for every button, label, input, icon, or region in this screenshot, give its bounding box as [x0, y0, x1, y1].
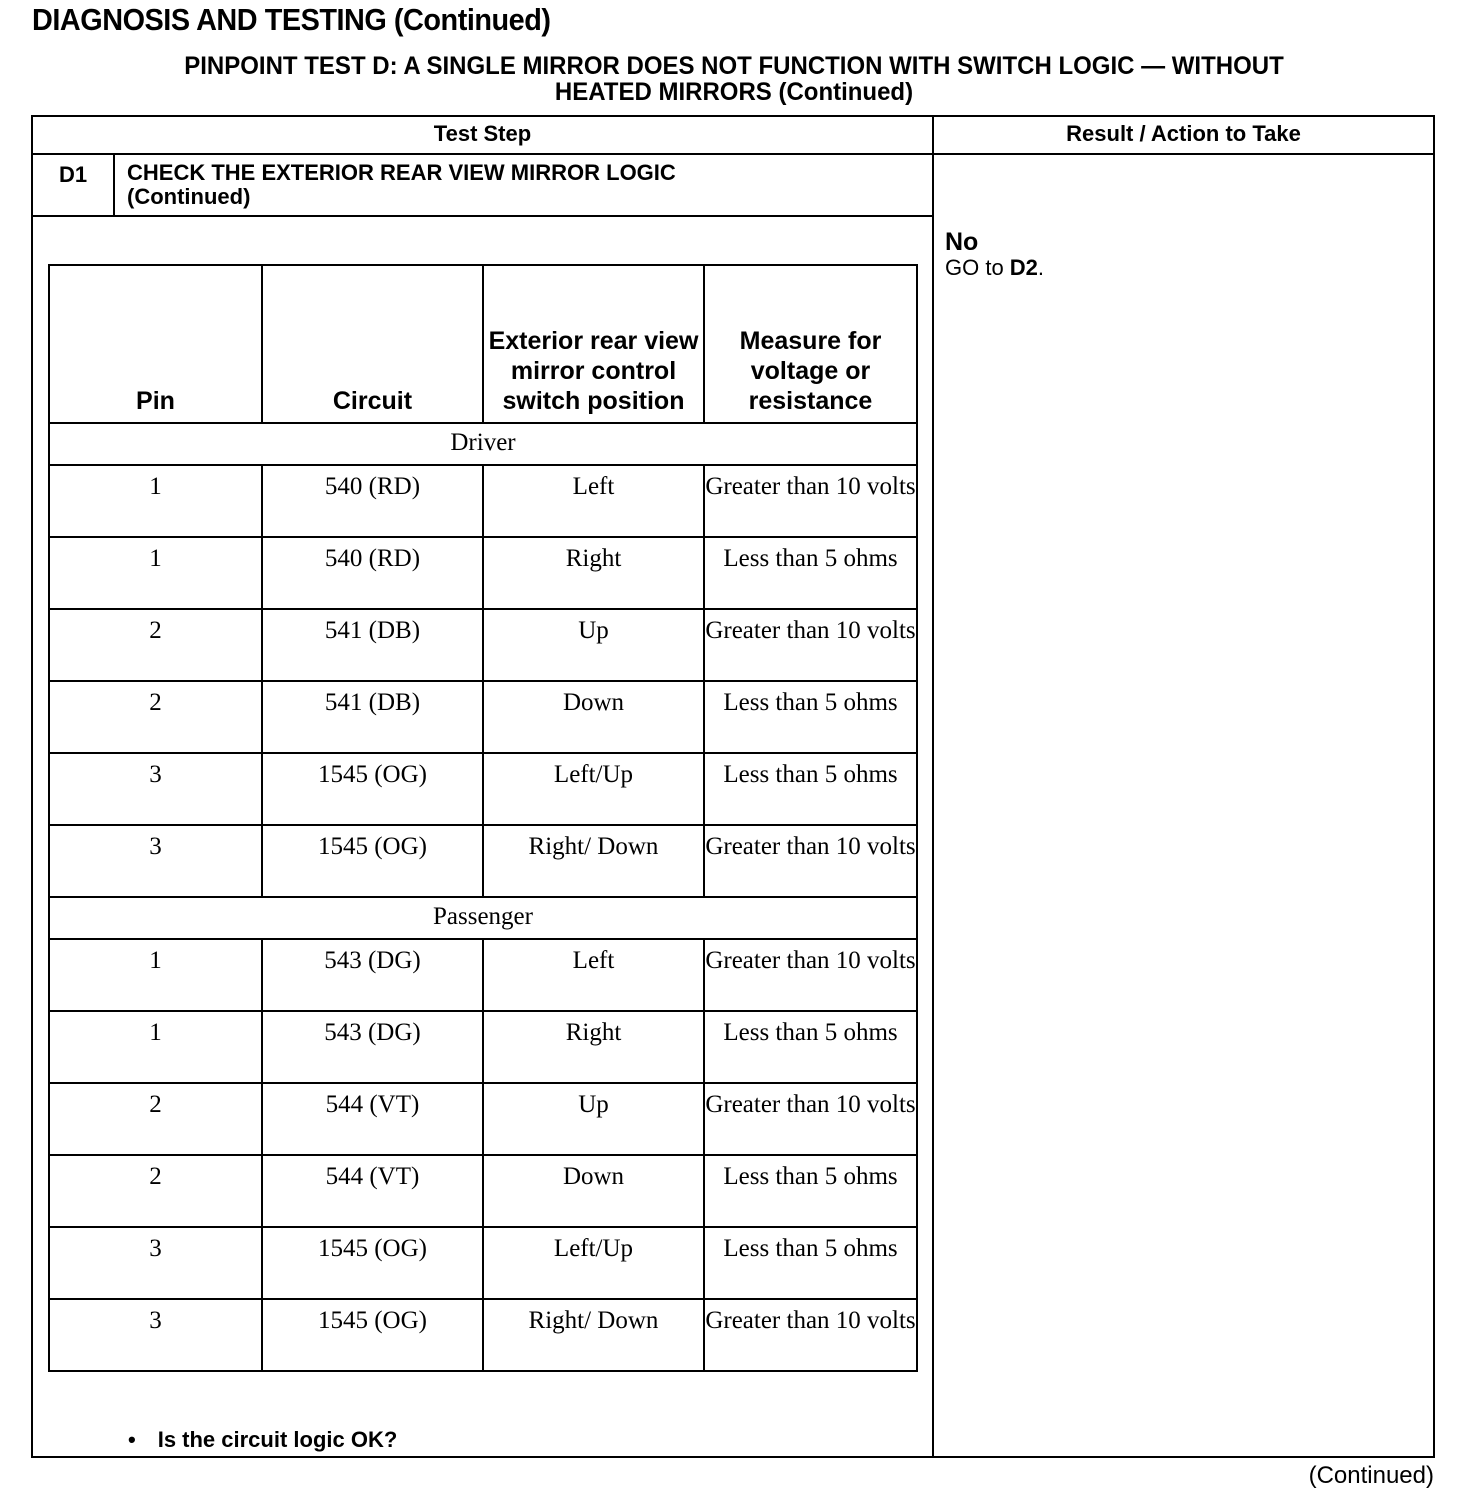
- result-answer: No: [945, 229, 1044, 255]
- cell-measurement: Greater than 10 volts: [704, 609, 917, 681]
- cell-switch-position: Down: [483, 681, 704, 753]
- cell-switch-position: Left: [483, 939, 704, 1011]
- step-title: CHECK THE EXTERIOR REAR VIEW MIRROR LOGI…: [127, 161, 676, 209]
- table-row: 1543 (DG)RightLess than 5 ohms: [49, 1011, 917, 1083]
- cell-circuit: 1545 (OG): [262, 753, 483, 825]
- pin-table-body: Driver1540 (RD)LeftGreater than 10 volts…: [49, 423, 917, 1371]
- bullet-icon: •: [128, 1427, 136, 1452]
- table-row: 1540 (RD)LeftGreater than 10 volts: [49, 465, 917, 537]
- cell-pin: 3: [49, 1299, 262, 1371]
- cell-switch-position: Right/ Down: [483, 825, 704, 897]
- cell-switch-position: Down: [483, 1155, 704, 1227]
- cell-switch-position: Up: [483, 609, 704, 681]
- pin-table-header-row: Pin Circuit Exterior rear view mirror co…: [49, 265, 917, 423]
- step-header-row: D1 CHECK THE EXTERIOR REAR VIEW MIRROR L…: [33, 155, 932, 217]
- cell-measurement: Greater than 10 volts: [704, 465, 917, 537]
- cell-pin: 2: [49, 1155, 262, 1227]
- header-pin: Pin: [49, 265, 262, 423]
- result-action-text: GO to D2.: [945, 255, 1044, 281]
- step-id: D1: [33, 155, 115, 215]
- cell-measurement: Less than 5 ohms: [704, 1011, 917, 1083]
- cell-switch-position: Left: [483, 465, 704, 537]
- cell-measurement: Greater than 10 volts: [704, 939, 917, 1011]
- cell-circuit: 543 (DG): [262, 1011, 483, 1083]
- cell-measurement: Greater than 10 volts: [704, 1083, 917, 1155]
- action-target-step: D2: [1010, 255, 1038, 280]
- cell-circuit: 540 (RD): [262, 537, 483, 609]
- pin-logic-table: Pin Circuit Exterior rear view mirror co…: [48, 264, 918, 1372]
- pinpoint-test-title-line1: PINPOINT TEST D: A SINGLE MIRROR DOES NO…: [58, 53, 1410, 79]
- cell-circuit: 1545 (OG): [262, 825, 483, 897]
- cell-pin: 3: [49, 753, 262, 825]
- cell-pin: 3: [49, 825, 262, 897]
- cell-switch-position: Right/ Down: [483, 1299, 704, 1371]
- table-row: 2541 (DB)DownLess than 5 ohms: [49, 681, 917, 753]
- question: •Is the circuit logic OK?: [128, 1427, 397, 1453]
- cell-measurement: Less than 5 ohms: [704, 1155, 917, 1227]
- cell-measurement: Less than 5 ohms: [704, 681, 917, 753]
- group-row-passenger: Passenger: [49, 897, 917, 939]
- cell-pin: 1: [49, 537, 262, 609]
- cell-circuit: 1545 (OG): [262, 1227, 483, 1299]
- table-row: 31545 (OG)Right/ DownGreater than 10 vol…: [49, 1299, 917, 1371]
- cell-circuit: 541 (DB): [262, 681, 483, 753]
- cell-pin: 2: [49, 681, 262, 753]
- cell-pin: 3: [49, 1227, 262, 1299]
- action-prefix: GO to: [945, 255, 1010, 280]
- question-text: Is the circuit logic OK?: [158, 1427, 398, 1452]
- cell-switch-position: Left/Up: [483, 753, 704, 825]
- table-row: 2544 (VT)DownLess than 5 ohms: [49, 1155, 917, 1227]
- cell-circuit: 543 (DG): [262, 939, 483, 1011]
- pinpoint-test-title-line2: HEATED MIRRORS (Continued): [58, 79, 1410, 105]
- column-header-result-action: Result / Action to Take: [934, 121, 1433, 147]
- cell-circuit: 544 (VT): [262, 1083, 483, 1155]
- cell-pin: 1: [49, 1011, 262, 1083]
- cell-measurement: Greater than 10 volts: [704, 1299, 917, 1371]
- pinpoint-test-title: PINPOINT TEST D: A SINGLE MIRROR DOES NO…: [58, 53, 1410, 105]
- pinpoint-test-table: Test Step Result / Action to Take D1 CHE…: [31, 115, 1435, 1458]
- cell-pin: 2: [49, 1083, 262, 1155]
- step-title-line1: CHECK THE EXTERIOR REAR VIEW MIRROR LOGI…: [127, 161, 676, 185]
- step-title-line2: (Continued): [127, 185, 676, 209]
- table-row: 31545 (OG)Left/UpLess than 5 ohms: [49, 753, 917, 825]
- header-circuit: Circuit: [262, 265, 483, 423]
- continued-label: (Continued): [1309, 1462, 1434, 1490]
- page-title: DIAGNOSIS AND TESTING (Continued): [32, 2, 551, 38]
- column-header-row: Test Step Result / Action to Take: [33, 117, 1433, 155]
- cell-circuit: 540 (RD): [262, 465, 483, 537]
- group-row-driver: Driver: [49, 423, 917, 465]
- header-switch-position: Exterior rear view mirror control switch…: [483, 265, 704, 423]
- cell-pin: 1: [49, 465, 262, 537]
- table-row: 31545 (OG)Right/ DownGreater than 10 vol…: [49, 825, 917, 897]
- cell-circuit: 541 (DB): [262, 609, 483, 681]
- cell-circuit: 544 (VT): [262, 1155, 483, 1227]
- cell-circuit: 1545 (OG): [262, 1299, 483, 1371]
- cell-pin: 1: [49, 939, 262, 1011]
- column-divider: [932, 117, 934, 1456]
- column-header-test-step: Test Step: [33, 121, 932, 147]
- cell-switch-position: Up: [483, 1083, 704, 1155]
- table-row: 1540 (RD)RightLess than 5 ohms: [49, 537, 917, 609]
- cell-pin: 2: [49, 609, 262, 681]
- table-row: 1543 (DG)LeftGreater than 10 volts: [49, 939, 917, 1011]
- cell-measurement: Greater than 10 volts: [704, 825, 917, 897]
- table-row: 2544 (VT)UpGreater than 10 volts: [49, 1083, 917, 1155]
- cell-switch-position: Right: [483, 1011, 704, 1083]
- result-action: No GO to D2.: [945, 229, 1044, 281]
- header-measurement: Measure for voltage or resistance: [704, 265, 917, 423]
- table-row: 31545 (OG)Left/UpLess than 5 ohms: [49, 1227, 917, 1299]
- cell-measurement: Less than 5 ohms: [704, 753, 917, 825]
- cell-measurement: Less than 5 ohms: [704, 537, 917, 609]
- group-label: Driver: [49, 423, 917, 465]
- action-suffix: .: [1038, 255, 1044, 280]
- cell-measurement: Less than 5 ohms: [704, 1227, 917, 1299]
- cell-switch-position: Left/Up: [483, 1227, 704, 1299]
- cell-switch-position: Right: [483, 537, 704, 609]
- table-row: 2541 (DB)UpGreater than 10 volts: [49, 609, 917, 681]
- group-label: Passenger: [49, 897, 917, 939]
